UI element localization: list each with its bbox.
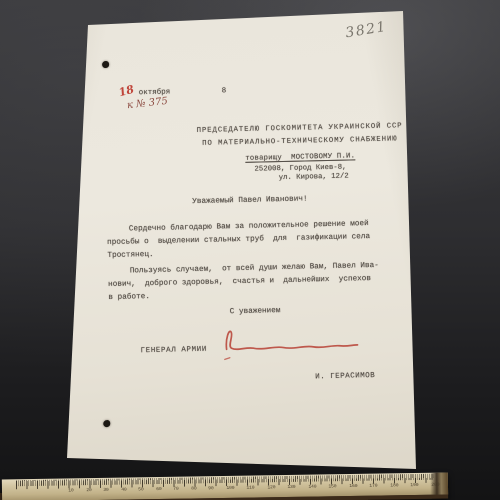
body-paragraph-1: Сердечно благодарю Вам за положительное … xyxy=(107,218,364,263)
ruler-number: 10 xyxy=(68,488,74,495)
signature-stroke xyxy=(226,328,358,349)
ruler-number: 170 xyxy=(370,483,378,490)
letter-paper: 3821 18 октября 8 к № 375 ПРЕДСЕДАТЕЛЮ Г… xyxy=(60,5,420,470)
ruler-number: 40 xyxy=(121,487,127,494)
closing: С уважением xyxy=(230,307,281,316)
signature-svg xyxy=(212,318,363,366)
recipient-block: ПРЕДСЕДАТЕЛЮ ГОСКОМИТЕТА УКРАИНСКОЙ ССР … xyxy=(187,120,412,185)
ruler-number: 200 xyxy=(431,482,439,489)
ruler-number: 20 xyxy=(86,488,92,495)
ruler: 1020304050607080901001101201301401501601… xyxy=(2,472,448,500)
signer-title: ГЕНЕРАЛ АРМИИ xyxy=(141,346,207,356)
punch-hole-top xyxy=(102,61,109,68)
letter-content: 3821 18 октября 8 к № 375 ПРЕДСЕДАТЕЛЮ Г… xyxy=(55,1,425,474)
punch-hole-bottom xyxy=(103,420,110,427)
ruler-number: 180 xyxy=(390,483,398,490)
ruler-number: 140 xyxy=(308,484,316,491)
ruler-number: 100 xyxy=(226,485,234,492)
ruler-number: 110 xyxy=(247,485,255,492)
body-paragraph-2: Пользуясь случаем, от всей души желаю Ва… xyxy=(108,260,365,305)
archive-number-handwritten: 3821 xyxy=(345,19,389,42)
ruler-number: 80 xyxy=(191,486,197,493)
date-day-handwritten: 18 xyxy=(117,83,135,100)
ruler-number: 60 xyxy=(156,486,162,493)
ref-number-handwritten: к № 375 xyxy=(127,96,169,111)
ruler-number: 120 xyxy=(267,485,275,492)
signer-name: И. ГЕРАСИМОВ xyxy=(315,372,375,381)
ruler-number: 30 xyxy=(103,487,109,494)
ruler-number: 190 xyxy=(411,482,419,489)
salutation: Уважаемый Павел Иванович! xyxy=(192,195,307,206)
ruler-number: 70 xyxy=(173,486,179,493)
date-year-digit: 8 xyxy=(222,87,227,95)
ruler-number: 50 xyxy=(138,487,144,494)
signature-flourish xyxy=(225,358,230,360)
ruler-number: 160 xyxy=(349,483,357,490)
ruler-number: 90 xyxy=(208,486,214,493)
ruler-number: 130 xyxy=(288,484,296,491)
ruler-number: 150 xyxy=(329,484,337,491)
photo-scene: 3821 18 октября 8 к № 375 ПРЕДСЕДАТЕЛЮ Г… xyxy=(0,0,500,500)
signature-ink xyxy=(212,318,363,371)
